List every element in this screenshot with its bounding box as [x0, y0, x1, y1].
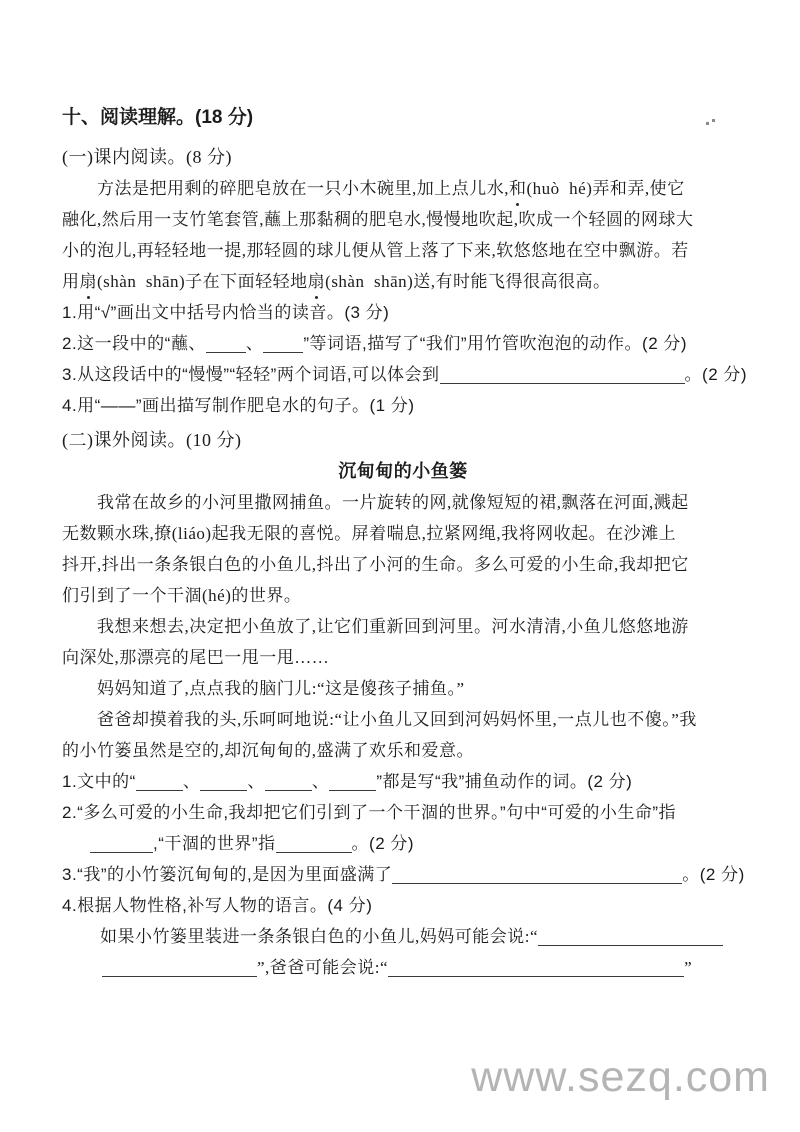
- passage-line: 用扇(shàn shān)子在下面轻轻地扇(shàn shān)送,有时能飞得很…: [62, 266, 744, 297]
- test-paper-page: 十、阅读理解。(18 分) (一)课内阅读。(8 分) 方法是把用剩的碎肥皂放在…: [0, 0, 800, 1132]
- answer-blank: [388, 956, 684, 977]
- question-text: 3.从这段话中的“慢慢”“轻轻”两个词语,可以体会到: [62, 365, 440, 384]
- question-text: ”都是写“我”捕鱼动作的词。(2 分): [376, 772, 632, 791]
- answer-blank: [265, 770, 312, 791]
- answer-blank: [206, 332, 246, 353]
- answer-blank: [440, 363, 685, 384]
- part1-heading: (一)课内阅读。(8 分): [62, 142, 744, 173]
- question-text: ”,爸爸可能会说:“: [257, 958, 388, 977]
- passage-line: 爸爸却摸着我的头,乐呵呵地说:“让小鱼儿又回到河妈妈怀里,一点儿也不傻。”我: [62, 704, 744, 735]
- question-text: 如果小竹篓里装进一条条银白色的小鱼儿,妈妈可能会说:“: [100, 927, 538, 946]
- passage-line: 我想来想去,决定把小鱼放了,让它们重新回到河里。河水清清,小鱼儿悠悠地游: [62, 611, 744, 642]
- section-title: 十、阅读理解。(18 分): [62, 106, 744, 130]
- part1-question-3: 3.从这段话中的“慢慢”“轻轻”两个词语,可以体会到。(2 分): [62, 359, 744, 390]
- question-text: 、: [247, 772, 265, 791]
- part1-question-1: 1.用“√”画出文中括号内恰当的读音。(3 分): [62, 297, 744, 328]
- passage-line: 的小竹篓虽然是空的,却沉甸甸的,盛满了欢乐和爱意。: [62, 735, 744, 766]
- part1-passage: 方法是把用剩的碎肥皂放在一只小木碗里,加上点儿水,和(huò hé)弄和弄,使它…: [62, 173, 744, 297]
- question-text: 、: [183, 772, 201, 791]
- passage-line: 方法是把用剩的碎肥皂放在一只小木碗里,加上点儿水,和(huò hé)弄和弄,使它: [62, 173, 744, 204]
- part2-question-1: 1.文中的“、、、”都是写“我”捕鱼动作的词。(2 分): [62, 766, 744, 797]
- question-text: ”等词语,描写了“我们”用竹管吹泡泡的动作。(2 分): [303, 334, 687, 353]
- part1-question-2: 2.这一段中的“蘸、、”等词语,描写了“我们”用竹管吹泡泡的动作。(2 分): [62, 328, 744, 359]
- passage-text: (shàn shān)送,有时能飞得很高很高。: [325, 272, 610, 291]
- paper-content: 十、阅读理解。(18 分) (一)课内阅读。(8 分) 方法是把用剩的碎肥皂放在…: [62, 106, 744, 983]
- part2-question-4: 4.根据人物性格,补写人物的语言。(4 分): [62, 890, 744, 921]
- question-text: 、: [246, 334, 264, 353]
- part2-heading: (二)课外阅读。(10 分): [62, 425, 744, 456]
- question-text: 。(2 分): [352, 834, 415, 853]
- question-text: 。(2 分): [685, 365, 748, 384]
- part1-question-4: 4.用“——”画出描写制作肥皂水的句子。(1 分): [62, 390, 744, 421]
- watermark: www.sezq.com: [471, 1053, 770, 1102]
- passage-line: 们引到了一个干涸(hé)的世界。: [62, 580, 744, 611]
- passage-text: (shàn shān)子在下面轻轻地: [97, 272, 308, 291]
- passage-line: 抖开,抖出一条条银白色的小鱼儿,抖出了小河的生命。多么可爱的小生命,我却把它: [62, 549, 744, 580]
- answer-blank: [136, 770, 183, 791]
- part2-question-2-line2: ,“干涸的世界”指。(2 分): [62, 828, 744, 859]
- passage-line: 融化,然后用一支竹笔套管,蘸上那黏稠的肥皂水,慢慢地吹起,吹成一个轻圆的网球大: [62, 204, 744, 235]
- question-text: 。(2 分): [682, 865, 745, 884]
- question-text: 、: [312, 772, 330, 791]
- part2-question-4-answer-line2: ”,爸爸可能会说:“”: [62, 952, 744, 983]
- answer-blank: [276, 832, 352, 853]
- question-text: ”: [684, 958, 692, 977]
- answer-blank: [538, 925, 723, 946]
- reading-passage-title: 沉甸甸的小鱼篓: [62, 456, 744, 487]
- answer-blank: [329, 770, 376, 791]
- question-text: 2.这一段中的“蘸、: [62, 334, 206, 353]
- passage-line: 妈妈知道了,点点我的脑门儿:“这是傻孩子捕鱼。”: [62, 673, 744, 704]
- question-text: 1.文中的“: [62, 772, 136, 791]
- emphasized-char: 和: [509, 173, 527, 204]
- passage-line: 向深处,那漂亮的尾巴一甩一甩……: [62, 642, 744, 673]
- answer-blank: [392, 863, 682, 884]
- answer-blank: [102, 956, 257, 977]
- passage-line: 无数颗水珠,撩(liáo)起我无限的喜悦。屏着喘息,拉紧网绳,我将网收起。在沙滩…: [62, 518, 744, 549]
- passage-text: 方法是把用剩的碎肥皂放在一只小木碗里,加上点儿水,: [97, 179, 509, 198]
- part2-question-3: 3.“我”的小竹篓沉甸甸的,是因为里面盛满了。(2 分): [62, 859, 744, 890]
- question-text: 3.“我”的小竹篓沉甸甸的,是因为里面盛满了: [62, 865, 392, 884]
- answer-blank: [263, 332, 303, 353]
- part2-question-4-answer-line1: 如果小竹篓里装进一条条银白色的小鱼儿,妈妈可能会说:“: [62, 921, 744, 952]
- answer-blank: [90, 832, 153, 853]
- passage-line: 我常在故乡的小河里撒网捕鱼。一片旋转的网,就像短短的裙,飘落在河面,溅起: [62, 487, 744, 518]
- emphasized-char: 扇: [80, 266, 98, 297]
- passage-line: 小的泡儿,再轻轻地一提,那轻圆的球儿便从管上落了下来,软悠悠地在空中飘游。若: [62, 235, 744, 266]
- part2-question-2-line1: 2.“多么可爱的小生命,我却把它们引到了一个干涸的世界。”句中“可爱的小生命”指: [62, 797, 744, 828]
- part2-passage: 我常在故乡的小河里撒网捕鱼。一片旋转的网,就像短短的裙,飘落在河面,溅起 无数颗…: [62, 487, 744, 766]
- passage-text: 用: [62, 272, 80, 291]
- question-text: ,“干涸的世界”指: [153, 834, 276, 853]
- emphasized-char: 扇: [308, 266, 326, 297]
- answer-blank: [200, 770, 247, 791]
- passage-text: (huò hé)弄和弄,使它: [527, 179, 685, 198]
